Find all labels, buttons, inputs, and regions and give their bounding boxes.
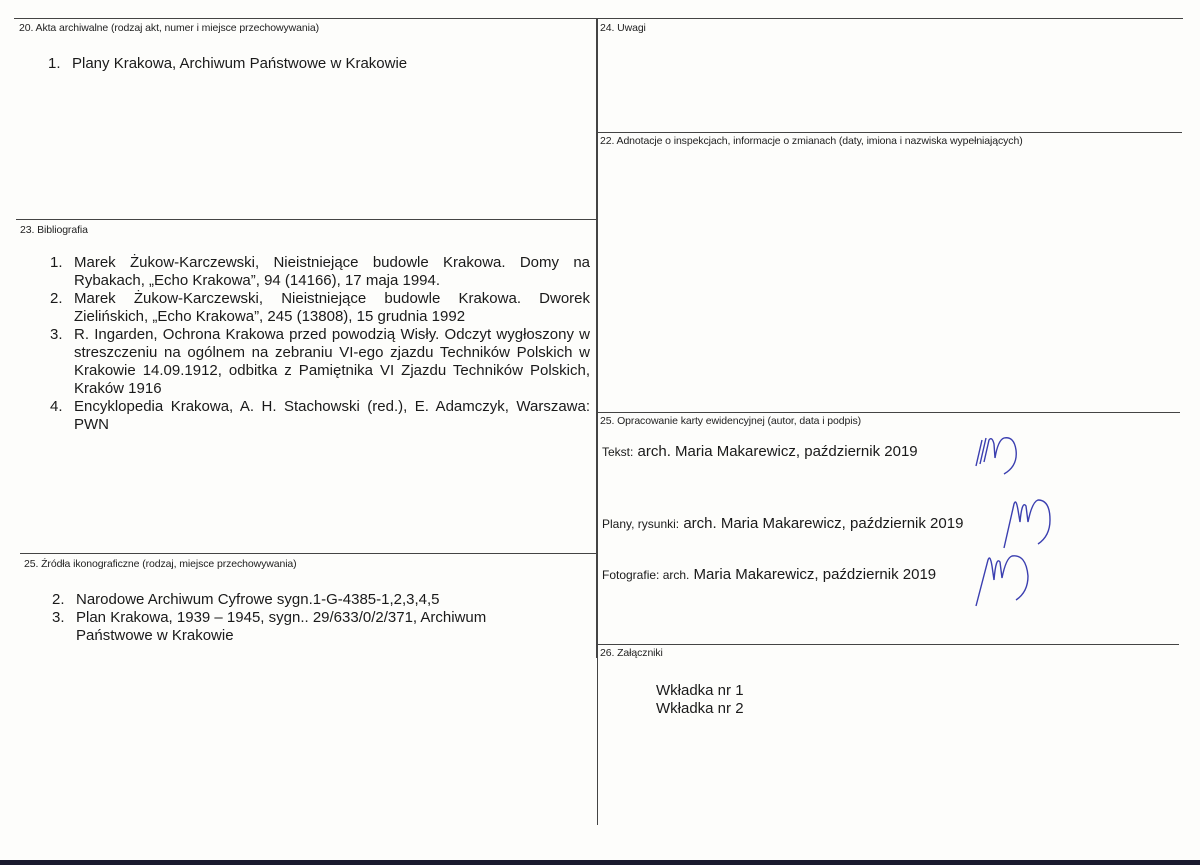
divider-bibliografia-zrodla	[20, 553, 597, 554]
zalaczniki-list: Wkładka nr 1 Wkładka nr 2	[656, 682, 744, 718]
list-item: 4. Encyklopedia Krakowa, A. H. Stachowsk…	[50, 398, 590, 434]
list-item: 1. Plany Krakowa, Archiwum Państwowe w K…	[48, 55, 578, 73]
signature-icon	[968, 428, 1028, 478]
list-item: Wkładka nr 1	[656, 682, 744, 700]
opracowanie-row-fotografie: Fotografie: arch. Maria Makarewicz, paźd…	[602, 566, 936, 584]
opracowanie-row-tekst: Tekst: arch. Maria Makarewicz, październ…	[602, 443, 918, 461]
center-divider	[597, 18, 598, 825]
section-label: 20. Akta archiwalne (rodzaj akt, numer i…	[19, 22, 319, 34]
list-item: Wkładka nr 2	[656, 700, 744, 718]
top-border-left	[14, 18, 597, 19]
list-item: 3. R. Ingarden, Ochrona Krakowa przed po…	[50, 326, 590, 398]
signature-icon	[970, 546, 1040, 608]
zrodla-list: 2. Narodowe Archiwum Cyfrowe sygn.1-G-43…	[52, 591, 552, 645]
scan-edge	[0, 860, 1200, 865]
list-item: 3. Plan Krakowa, 1939 – 1945, sygn.. 29/…	[52, 609, 552, 645]
divider-akta-bibliografia	[16, 219, 597, 220]
list-item: 2. Narodowe Archiwum Cyfrowe sygn.1-G-43…	[52, 591, 552, 609]
divider-opracowanie-zalaczniki	[597, 644, 1179, 645]
list-item: 1. Marek Żukow-Karczewski, Nieistniejące…	[50, 254, 590, 290]
section-label: 22. Adnotacje o inspekcjach, informacje …	[600, 135, 1023, 147]
akta-list: 1. Plany Krakowa, Archiwum Państwowe w K…	[48, 55, 578, 73]
left-section-right-edge	[596, 18, 597, 658]
bibliografia-list: 1. Marek Żukow-Karczewski, Nieistniejące…	[50, 254, 590, 434]
section-label: 25. Źródła ikonograficzne (rodzaj, miejs…	[24, 558, 297, 570]
divider-adnotacje-opracowanie	[597, 412, 1180, 413]
section-label: 23. Bibliografia	[20, 224, 88, 236]
section-label: 25. Opracowanie karty ewidencyjnej (auto…	[600, 415, 861, 427]
signature-icon	[1000, 492, 1060, 550]
opracowanie-row-plany: Plany, rysunki: arch. Maria Makarewicz, …	[602, 515, 963, 533]
divider-uwagi-adnotacje	[597, 132, 1182, 133]
list-item: 2. Marek Żukow-Karczewski, Nieistniejące…	[50, 290, 590, 326]
section-label: 26. Załączniki	[600, 647, 663, 659]
top-border-right	[597, 18, 1183, 19]
section-label: 24. Uwagi	[600, 22, 646, 34]
